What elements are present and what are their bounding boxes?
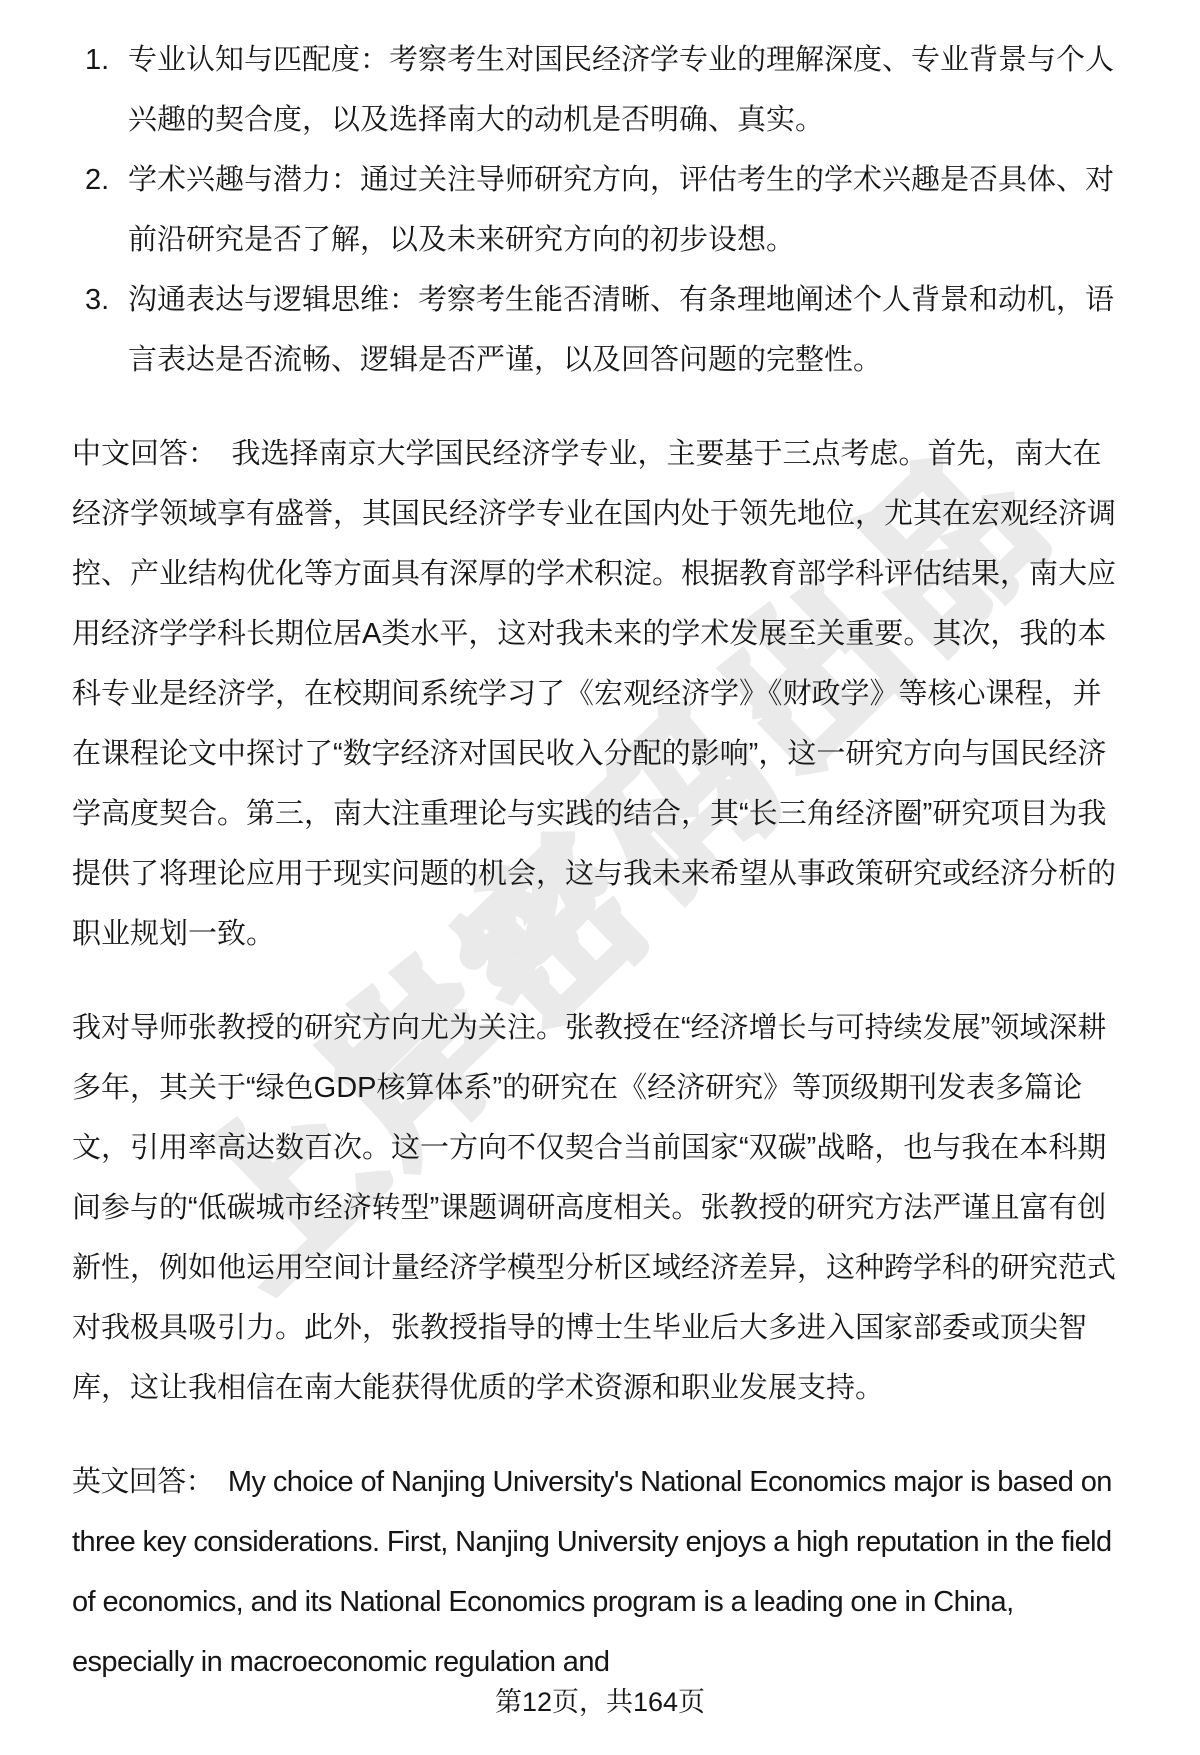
list-item-text: 学术兴趣与潜力：通过关注导师研究方向，评估考生的学术兴趣是否具体、对前沿研究是否… [128,150,1128,270]
list-item-text: 专业认知与匹配度：考察考生对国民经济学专业的理解深度、专业背景与个人兴趣的契合度… [128,30,1128,150]
page-content: 1. 专业认知与匹配度：考察考生对国民经济学专业的理解深度、专业背景与个人兴趣的… [0,0,1200,1692]
paragraph-body: 我对导师张教授的研究方向尤为关注。张教授在“经济增长与可持续发展”领域深耕多年，… [72,1012,1116,1404]
page-footer: 第12页，共164页 [0,1684,1200,1720]
paragraph-label: 中文回答： [72,438,203,470]
list-item-number: 1. [72,30,128,90]
paragraph-english-answer: 英文回答： My choice of Nanjing University's … [72,1452,1128,1692]
paragraph-body: My choice of Nanjing University's Nation… [72,1466,1112,1678]
paragraph-chinese-answer: 中文回答： 我选择南京大学国民经济学专业，主要基于三点考虑。首先，南大在经济学领… [72,424,1128,964]
page-number-indicator: 第12页，共164页 [495,1687,705,1717]
list-item-number: 2. [72,150,128,210]
paragraph-label: 英文回答： [72,1466,200,1498]
list-item-text: 沟通表达与逻辑思维：考察考生能否清晰、有条理地阐述个人背景和动机，语言表达是否流… [128,270,1128,390]
evaluation-criteria-list: 1. 专业认知与匹配度：考察考生对国民经济学专业的理解深度、专业背景与个人兴趣的… [72,30,1128,390]
list-item-number: 3. [72,270,128,330]
paragraph-body: 我选择南京大学国民经济学专业，主要基于三点考虑。首先，南大在经济学领域享有盛誉，… [72,438,1116,950]
list-item: 2. 学术兴趣与潜力：通过关注导师研究方向，评估考生的学术兴趣是否具体、对前沿研… [72,150,1128,270]
paragraph-advisor-interest: 我对导师张教授的研究方向尤为关注。张教授在“经济增长与可持续发展”领域深耕多年，… [72,998,1128,1418]
document-page: 上岸密码出品 1. 专业认知与匹配度：考察考生对国民经济学专业的理解深度、专业背… [0,0,1200,1755]
list-item: 1. 专业认知与匹配度：考察考生对国民经济学专业的理解深度、专业背景与个人兴趣的… [72,30,1128,150]
list-item: 3. 沟通表达与逻辑思维：考察考生能否清晰、有条理地阐述个人背景和动机，语言表达… [72,270,1128,390]
